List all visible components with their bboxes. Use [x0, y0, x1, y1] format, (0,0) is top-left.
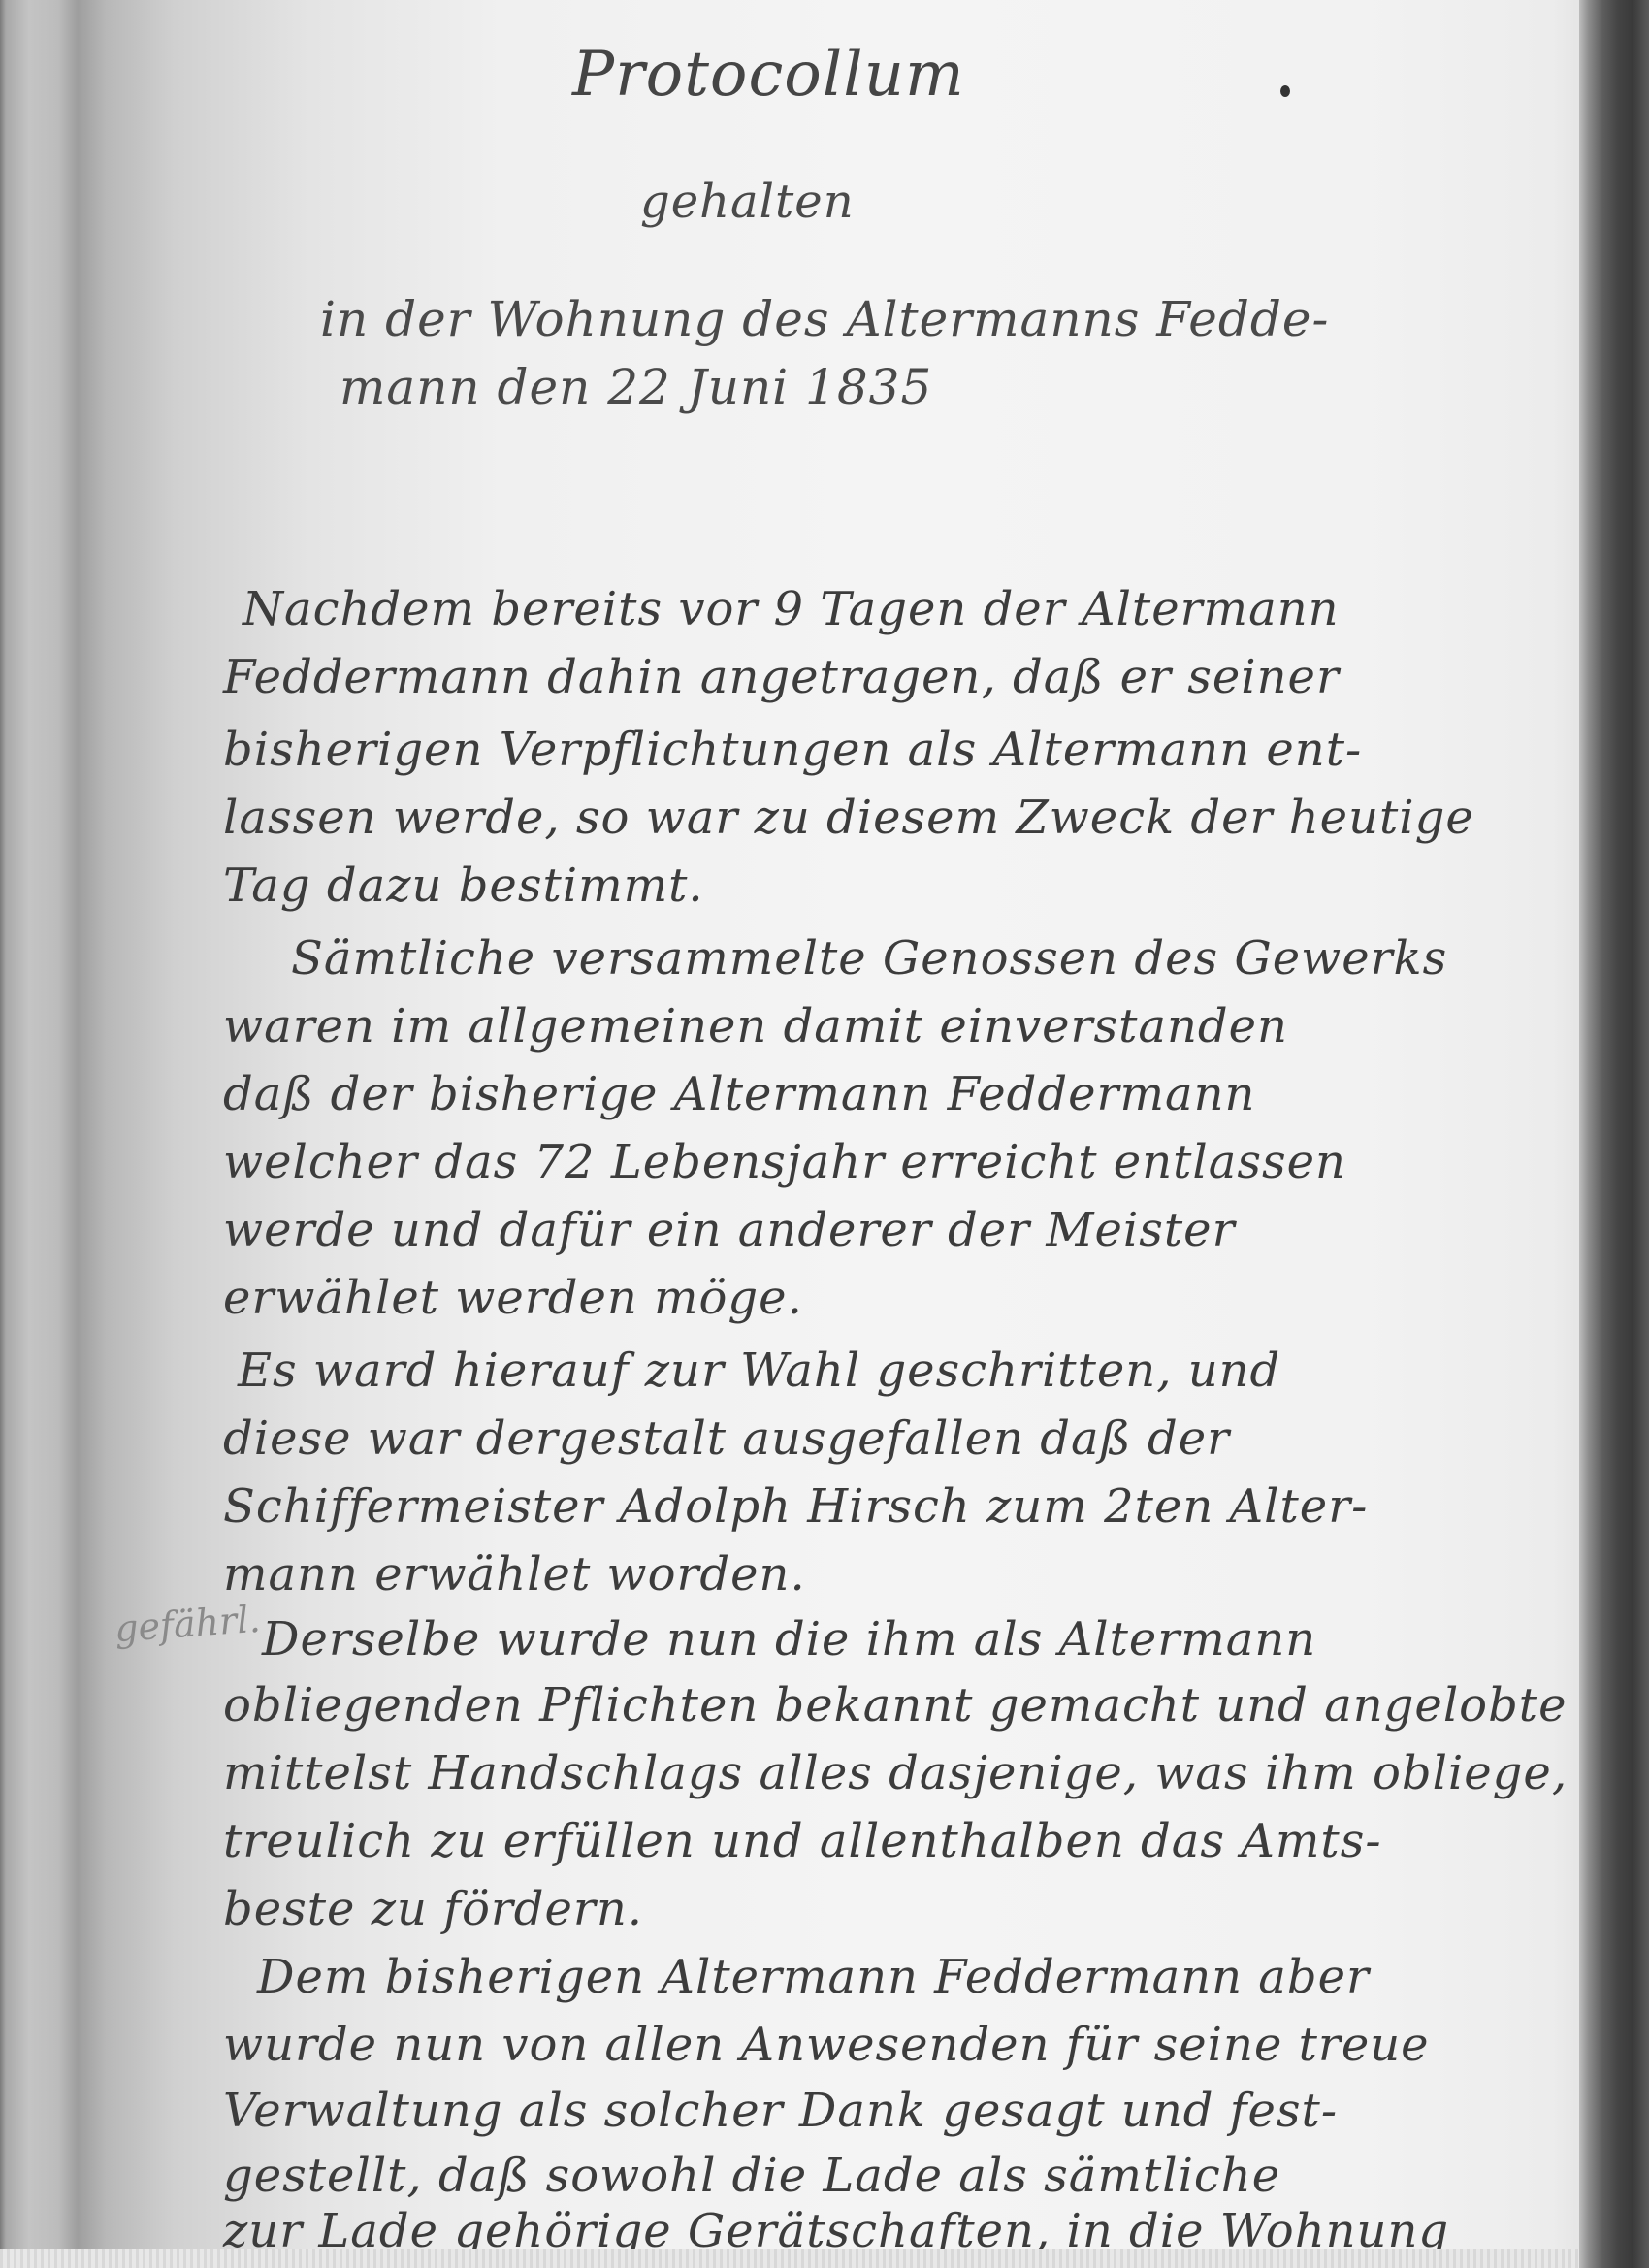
body-line: Es ward hierauf zur Wahl geschritten, un…: [238, 1344, 1280, 1398]
body-line: diese war dergestalt ausgefallen daß der: [223, 1411, 1230, 1466]
page-bottom-edge: [0, 2249, 1579, 2268]
body-line: welcher das 72 Lebensjahr erreicht entla…: [223, 1135, 1346, 1189]
body-line: mann erwählet worden.: [223, 1547, 806, 1602]
body-line: Derselbe wurde nun die ihm als Altermann: [262, 1612, 1316, 1667]
body-line: Verwaltung als solcher Dank gesagt und f…: [223, 2084, 1338, 2138]
body-line: Dem bisherigen Altermann Feddermann aber: [257, 1950, 1370, 2004]
header-line-1: in der Wohnung des Altermanns Fedde-: [320, 291, 1329, 347]
body-line: bisherigen Verpflichtungen als Altermann…: [223, 723, 1362, 777]
body-line: Feddermann dahin angetragen, daß er sein…: [223, 650, 1340, 704]
ink-dot: [1280, 85, 1290, 97]
body-line: Nachdem bereits vor 9 Tagen der Alterman…: [242, 582, 1340, 636]
body-line: wurde nun von allen Anwesenden für seine…: [223, 2018, 1430, 2072]
body-line: treulich zu erfüllen und allenthalben da…: [223, 1814, 1382, 1868]
body-line: mittelst Handschlags alles dasjenige, wa…: [223, 1746, 1568, 1800]
body-line: Schiffermeister Adolph Hirsch zum 2ten A…: [223, 1479, 1368, 1534]
body-line: lassen werde, so war zu diesem Zweck der…: [223, 791, 1474, 845]
body-line: beste zu fördern.: [223, 1882, 643, 1936]
body-line: werde und dafür ein anderer der Meister: [223, 1203, 1236, 1257]
body-line: waren im allgemeinen damit einverstanden: [223, 999, 1288, 1053]
body-line: obliegenden Pflichten bekannt gemacht un…: [223, 1678, 1567, 1733]
margin-note: gefährl.: [113, 1598, 262, 1650]
document-title: Protocollum: [572, 39, 965, 111]
body-line: daß der bisherige Altermann Feddermann: [223, 1067, 1255, 1121]
manuscript-page: Protocollum gehalten in der Wohnung des …: [0, 0, 1649, 2268]
body-line: erwählet werden möge.: [223, 1271, 803, 1325]
header-line-2: mann den 22 Juni 1835: [339, 359, 932, 415]
document-subtitle: gehalten: [640, 175, 855, 229]
body-line: gestellt, daß sowohl die Lade als sämtli…: [223, 2149, 1280, 2203]
body-line: Sämtliche versammelte Genossen des Gewer…: [291, 931, 1447, 986]
body-line: Tag dazu bestimmt.: [223, 859, 704, 913]
book-binding-edge: [1579, 0, 1649, 2268]
